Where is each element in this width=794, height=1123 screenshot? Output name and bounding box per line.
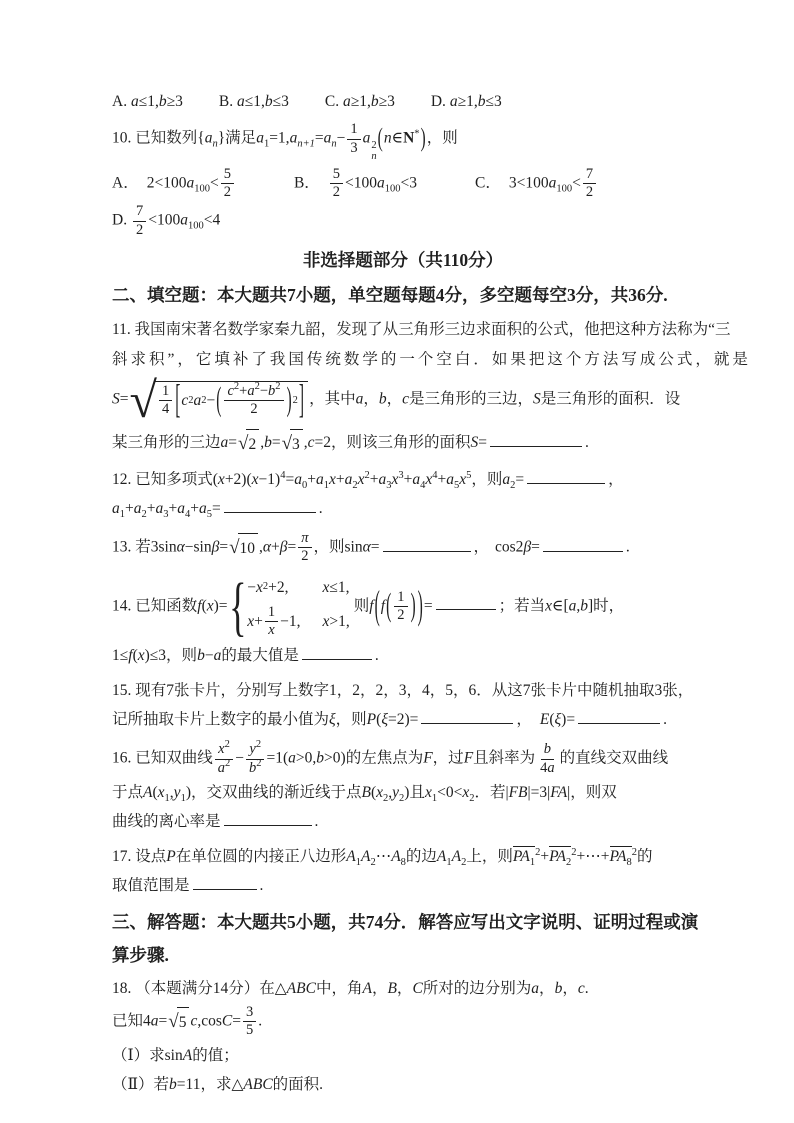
big-bracket: [ xyxy=(175,381,180,421)
text-run: − xyxy=(207,387,216,414)
text-run: （Ⅱ）若 xyxy=(112,1076,169,1093)
text-run: cos2 xyxy=(495,539,523,556)
subscript: n+1 xyxy=(297,139,315,150)
text-run: )≤3，则 xyxy=(145,647,197,664)
math-variable: a xyxy=(363,130,371,147)
text-run: + xyxy=(336,471,345,488)
text-run: −1, xyxy=(280,608,300,635)
math-variable: x xyxy=(545,597,552,614)
text-run: 7 xyxy=(136,203,143,219)
numerator: 7 xyxy=(133,203,146,221)
text-run: = xyxy=(531,539,540,556)
math-variable: c xyxy=(578,980,585,997)
text-run: )，交双曲线的渐近线于点 xyxy=(186,784,362,801)
text-run: + xyxy=(438,471,447,488)
math-variable: PA xyxy=(513,848,530,865)
square-root: √2 xyxy=(238,429,259,458)
text-run: 是三角形的三边， xyxy=(409,390,533,407)
subscript: 100 xyxy=(188,221,204,232)
numerator: 1 xyxy=(265,604,278,622)
math-variable: c xyxy=(308,434,315,451)
text-run: + xyxy=(540,848,549,865)
text-run: = xyxy=(120,390,129,407)
text-run: ， xyxy=(516,711,532,728)
math-variable: x xyxy=(323,608,330,635)
text-run: = xyxy=(228,434,237,451)
subscript: 100 xyxy=(385,183,401,194)
radicand: 2 xyxy=(246,429,259,458)
math-variable: y xyxy=(174,784,181,801)
math-variable: y xyxy=(392,784,399,801)
math-bold: N xyxy=(403,130,414,147)
exam-paper-page: A. a≤1,b≥3B. a≤1,b≤3C. a≥1,b≥3D. a≥1,b≤3… xyxy=(0,0,794,1123)
superscript: * xyxy=(414,129,419,140)
math-variable: b xyxy=(169,1076,177,1093)
text-run: C． xyxy=(475,174,501,191)
q16-line1: 16. 已知双曲线x2a2−y2b2=1(a>0,b>0)的左焦点为F，过F且斜… xyxy=(112,741,694,777)
math-variable: b xyxy=(265,93,273,110)
text-run: |=3| xyxy=(528,784,551,801)
superscript: 2 xyxy=(256,758,261,769)
math-variable: b xyxy=(316,750,324,767)
text-run: ⋯ xyxy=(376,848,392,865)
text-run: 的 xyxy=(637,848,653,865)
superscript: 2 xyxy=(371,140,376,151)
math-variable: A xyxy=(452,848,461,865)
text-run: + xyxy=(169,500,178,517)
fraction: b4a xyxy=(537,741,558,777)
text-run: 上，则 xyxy=(466,848,513,865)
text-run: 5 xyxy=(333,166,340,182)
text-run: 2 xyxy=(301,548,308,564)
answer-blank xyxy=(527,469,605,484)
numerator: b xyxy=(541,741,554,759)
text-run: 5 xyxy=(179,1009,187,1036)
text-run: 3 xyxy=(350,140,357,156)
numerator: π xyxy=(298,530,311,548)
answer-blank xyxy=(421,709,513,724)
math-variable: x xyxy=(425,784,432,801)
math-variable: A xyxy=(183,1047,192,1064)
math-variable: a xyxy=(288,750,296,767)
fraction: x2a2 xyxy=(215,741,234,777)
text-run: 3<100 xyxy=(509,174,549,191)
math-variable: a xyxy=(502,471,510,488)
fraction: 12 xyxy=(394,589,407,625)
text-run: − xyxy=(337,130,346,147)
text-run: 15. 现有7张卡片，分别写上数字1，2，2，3，4，5，6．从这7张卡片中随机… xyxy=(112,682,693,699)
denominator: a2 xyxy=(215,760,234,777)
text-run: ]时， xyxy=(588,597,624,614)
text-run: ， xyxy=(539,980,555,997)
math-variable: x xyxy=(138,647,145,664)
denominator: 4 xyxy=(159,401,172,418)
text-run: 满足 xyxy=(225,130,256,147)
numerator: 5 xyxy=(221,166,234,184)
text-run: 3 xyxy=(292,431,300,458)
answer-blank xyxy=(193,875,257,890)
text-run: ≥1, xyxy=(458,93,478,110)
text-run: = xyxy=(315,130,324,147)
math-variable: a xyxy=(237,93,245,110)
text-run: =2，则该三角形的面积 xyxy=(315,434,471,451)
fraction: π2 xyxy=(298,530,311,566)
math-variable: b xyxy=(264,434,272,451)
text-run: 于点 xyxy=(112,784,143,801)
math-variable: x xyxy=(247,608,254,635)
q12-line1: 12. 已知多项式(x+2)(x−1)4=a0+a1x+a2x2+a3x3+a4… xyxy=(112,466,694,493)
text-run: ，过 xyxy=(433,750,464,767)
case-cell: x≤1, xyxy=(323,574,350,601)
superscript: 2 xyxy=(275,381,280,392)
fraction: 52 xyxy=(221,166,234,202)
math-variable: a xyxy=(180,212,188,229)
cases-grid: −x2+2,x≤1,x+1x−1,x>1, xyxy=(247,574,350,640)
math-variable: ξ xyxy=(329,711,336,728)
denominator: 4a xyxy=(537,760,558,777)
section-heading-fill-blank: 二、填空题：本大题共7小题，单空题每题4分，多空题每空3分，共36分. xyxy=(112,280,694,311)
math-variable: a xyxy=(134,500,142,517)
text-run: 斜求积”，它填补了我国传统数学的一个空白．如果把这个方法写成公式，就是 xyxy=(112,351,751,368)
text-run: . xyxy=(315,813,319,830)
math-variable: b xyxy=(580,597,588,614)
section-heading-non-choice: 非选择题部分（共110分） xyxy=(112,245,694,276)
superscript: 2 xyxy=(256,739,261,750)
text-run: 13. 若3sin xyxy=(112,539,177,556)
answer-blank xyxy=(543,537,623,552)
math-variable: FA xyxy=(550,784,567,801)
text-run: 的边 xyxy=(406,848,437,865)
q17-line1: 17. 设点P在单位圆的内接正八边形A1A2⋯A8的边A1A2上，则PA12+P… xyxy=(112,843,694,870)
text-run: C. xyxy=(325,93,343,110)
text-run: +⋯+ xyxy=(577,848,610,865)
math-variable: α xyxy=(177,539,185,556)
text-run: >1, xyxy=(329,608,349,635)
text-run: . xyxy=(626,539,630,556)
text-run: 2 xyxy=(586,184,593,200)
q11-line4: 某三角形的三边a=√2,b=√3,c=2，则该三角形的面积S=. xyxy=(112,429,694,458)
text-run: ；若当 xyxy=(499,597,546,614)
text-run: = xyxy=(371,539,380,556)
q10-option-d: D. 72<100a100<4 xyxy=(112,203,694,239)
math-variable: b xyxy=(371,93,379,110)
math-variable: a xyxy=(177,500,185,517)
text-run: . xyxy=(258,1012,262,1029)
math-variable: x xyxy=(218,471,225,488)
case-cell: x>1, xyxy=(323,604,350,640)
text-run: = xyxy=(159,1012,168,1029)
fraction: 1x xyxy=(265,604,278,640)
text-run: =1( xyxy=(267,750,289,767)
math-variable: x xyxy=(256,574,263,601)
subscript: n xyxy=(371,151,376,162)
math-variable: a xyxy=(199,500,207,517)
text-run: = xyxy=(232,1012,241,1029)
math-variable: ABC xyxy=(287,980,316,997)
text-run: 1 xyxy=(268,604,275,620)
big-bracket: ( xyxy=(386,591,391,624)
text-run: 所对的边分别为 xyxy=(423,980,532,997)
text-run: 10 xyxy=(240,535,256,562)
math-variable: b xyxy=(544,741,551,757)
text-run: ∈[ xyxy=(552,597,569,614)
text-run: = xyxy=(272,434,281,451)
text-run: + xyxy=(125,500,134,517)
text-run: ≤1, xyxy=(139,93,159,110)
text-run: <4 xyxy=(204,212,221,229)
piecewise-cases: {−x2+2,x≤1,x+1x−1,x>1, xyxy=(232,574,350,640)
case-cell: x+1x−1, xyxy=(247,604,300,640)
denominator: 2 xyxy=(133,222,146,239)
math-variable: a xyxy=(377,174,385,191)
math-variable: C xyxy=(412,980,422,997)
text-run: 1 xyxy=(350,121,357,137)
text-run: )= xyxy=(561,711,575,728)
big-bracket: ] xyxy=(299,381,304,421)
text-run: . xyxy=(585,434,589,451)
answer-blank xyxy=(383,537,471,552)
text-run: = xyxy=(212,500,221,517)
text-run: =11，求△ xyxy=(177,1076,244,1093)
math-variable: a xyxy=(247,383,254,399)
text-run: （Ⅰ）求sin xyxy=(112,1047,183,1064)
fraction: y2b2 xyxy=(246,741,265,777)
math-variable: P xyxy=(367,711,376,728)
text-run: )且 xyxy=(404,784,425,801)
q10-stem: 10. 已知数列{an}满足a1=1,an+1=an−13a2n(n∈N*)，则 xyxy=(112,121,694,161)
text-run: <100 xyxy=(148,212,180,229)
vector-overline: PA1 xyxy=(513,846,535,865)
text-run: 7 xyxy=(586,166,593,182)
q11-line1: 11. 我国南宋著名数学家秦九韶，发现了从三角形三边求面积的公式，他把这种方法称… xyxy=(112,316,694,343)
text-run: 5 xyxy=(246,1022,253,1038)
math-variable: ξ xyxy=(381,711,388,728)
text-run: 1≤ xyxy=(112,647,128,664)
text-run: 已知4 xyxy=(112,1012,151,1029)
math-variable: n xyxy=(384,130,392,147)
math-variable: a xyxy=(316,471,324,488)
numerator: 1 xyxy=(394,589,407,607)
math-variable: a xyxy=(256,130,264,147)
text-run: B． xyxy=(294,174,320,191)
text-run: . xyxy=(585,980,589,997)
math-variable: P xyxy=(166,848,175,865)
math-variable: A xyxy=(346,848,355,865)
q15-line1: 15. 现有7张卡片，分别写上数字1，2，2，3，4，5，6．从这7张卡片中随机… xyxy=(112,677,694,704)
math-variable: E xyxy=(540,711,549,728)
fraction: 35 xyxy=(243,1004,256,1040)
text-run: ， xyxy=(608,471,624,488)
math-variable: c xyxy=(181,387,188,414)
math-variable: x xyxy=(252,471,259,488)
text-run: + xyxy=(307,471,316,488)
text-run: 5 xyxy=(224,166,231,182)
denominator: 2 xyxy=(394,607,407,624)
text-run: ≤1, xyxy=(329,574,349,601)
math-variable: ABC xyxy=(243,1076,272,1093)
text-run: A． xyxy=(112,174,139,191)
fraction: 52 xyxy=(330,166,343,202)
text-run: +2)( xyxy=(225,471,252,488)
text-run: 二、填空题：本大题共7小题，单空题每题4分，多空题每空3分，共36分. xyxy=(112,285,668,305)
math-variable: x xyxy=(376,784,383,801)
numerator: c2+a2−b2 xyxy=(224,383,283,401)
math-variable: α xyxy=(263,539,271,556)
exam-content: A. a≤1,b≥3B. a≤1,b≤3C. a≥1,b≥3D. a≥1,b≤3… xyxy=(0,0,794,1098)
text-run: + xyxy=(271,539,280,556)
text-run: >0)的左焦点为 xyxy=(324,750,423,767)
math-variable: c xyxy=(402,390,409,407)
text-run: 记所抽取卡片上数字的最小值为 xyxy=(112,711,329,728)
text-run: 14. 已知函数 xyxy=(112,597,197,614)
q12-line2: a1+a2+a3+a4+a5=. xyxy=(112,495,694,522)
superscript: 2 xyxy=(225,758,230,769)
math-variable: b xyxy=(379,390,387,407)
answer-blank xyxy=(224,498,316,513)
text-run: =2)= xyxy=(388,711,418,728)
math-variable: a xyxy=(412,471,420,488)
text-run: ≥1, xyxy=(351,93,371,110)
text-run: 17. 设点 xyxy=(112,848,166,865)
text-run: . xyxy=(375,647,379,664)
text-run: ≥3 xyxy=(379,93,395,110)
radical-sign: √ xyxy=(130,375,157,425)
subscript: 2 xyxy=(566,857,571,868)
text-run: ≤1, xyxy=(245,93,265,110)
fraction: 13 xyxy=(347,121,360,157)
text-run: 中，角 xyxy=(316,980,363,997)
denominator: 2 xyxy=(247,401,260,418)
math-variable: f xyxy=(369,597,373,614)
text-run: . xyxy=(260,877,264,894)
math-variable: a xyxy=(446,471,454,488)
radicand: 3 xyxy=(290,429,303,458)
q14-line2: 1≤f(x)≤3，则b−a的最大值是. xyxy=(112,642,694,669)
answer-blank xyxy=(224,811,312,826)
math-variable: a xyxy=(294,471,302,488)
q17-line2: 取值范围是. xyxy=(112,872,694,899)
math-variable: F xyxy=(464,750,473,767)
text-run: −sin xyxy=(185,539,212,556)
text-run: ，则 xyxy=(336,711,367,728)
text-run: <100 xyxy=(345,174,377,191)
numerator: 7 xyxy=(583,166,596,184)
big-bracket: ) xyxy=(287,384,292,418)
text-run: ， xyxy=(397,980,413,997)
numerator: 1 xyxy=(159,383,172,401)
math-variable: f xyxy=(381,597,385,614)
text-run: 4 xyxy=(162,401,169,417)
text-run: 的直线交双曲线 xyxy=(560,750,669,767)
big-bracket: ) xyxy=(418,587,423,627)
denominator: b2 xyxy=(246,760,265,777)
text-run: 18. （本题满分14分）在△ xyxy=(112,980,287,997)
text-run: − xyxy=(260,383,268,399)
text-run: 在单位圆的内接正八边形 xyxy=(176,848,347,865)
text-run: 是三角形的面积．设 xyxy=(541,390,681,407)
answer-blank xyxy=(302,645,372,660)
math-variable: a xyxy=(131,93,139,110)
q18-given: 已知4a=√5c,cosC=35. xyxy=(112,1004,694,1040)
text-run: ≤3 xyxy=(273,93,289,110)
text-run: + xyxy=(147,500,156,517)
big-bracket: ( xyxy=(216,384,221,418)
text-run: = xyxy=(288,539,297,556)
math-variable: a xyxy=(343,93,351,110)
q18-part2: （Ⅱ）若b=11，求△ABC的面积. xyxy=(112,1071,694,1098)
math-variable: a xyxy=(547,760,554,776)
radicand: 5 xyxy=(177,1007,190,1036)
answer-blank xyxy=(578,709,660,724)
math-variable: C xyxy=(222,1012,232,1029)
sub-sup-stack: 2n xyxy=(371,140,376,162)
text-run: = xyxy=(285,471,294,488)
text-run: D. xyxy=(112,212,131,229)
text-run: 10. 已知数列 xyxy=(112,130,197,147)
q18-stem: 18. （本题满分14分）在△ABC中，角A，B，C所对的边分别为a，b，c. xyxy=(112,975,694,1002)
text-run: 则 xyxy=(354,597,370,614)
math-variable: a xyxy=(450,93,458,110)
text-run: ， xyxy=(372,980,388,997)
text-run: 1 xyxy=(397,589,404,605)
text-run: 3 xyxy=(246,1004,253,1020)
q15-line2: 记所抽取卡片上数字的最小值为ξ，则P(ξ=2)=，E(ξ)=. xyxy=(112,706,694,733)
text-run: 且斜率为 xyxy=(473,750,535,767)
math-variable: β xyxy=(523,539,531,556)
math-variable: B xyxy=(387,980,396,997)
text-run: 的值； xyxy=(192,1047,239,1064)
math-variable: b xyxy=(159,93,167,110)
math-variable: π xyxy=(301,530,308,546)
text-run: ，则 xyxy=(471,471,502,488)
vector-overline: PA2 xyxy=(549,846,571,865)
fraction: 72 xyxy=(133,203,146,239)
denominator: 3 xyxy=(347,140,360,157)
math-variable: A xyxy=(362,980,371,997)
math-variable: a xyxy=(194,387,202,414)
text-run: ．若| xyxy=(474,784,508,801)
fraction: c2+a2−b22 xyxy=(224,383,283,419)
cases-brace: { xyxy=(229,579,246,635)
math-variable: PA xyxy=(549,848,566,865)
q9-options: A. a≤1,b≥3B. a≤1,b≤3C. a≥1,b≥3D. a≥1,b≤3 xyxy=(112,88,694,115)
text-run: 12. 已知多项式( xyxy=(112,471,218,488)
math-variable: S xyxy=(533,390,541,407)
answer-blank xyxy=(490,432,582,447)
q10-options-abc: A．2<100a100<52B．52<100a100<3C．3<100a100<… xyxy=(112,166,694,202)
text-run: 三、解答题：本大题共5小题，共74分．解答应写出文字说明、证明过程或演 xyxy=(112,912,698,932)
superscript: 2 xyxy=(225,739,230,750)
math-variable: x xyxy=(323,574,330,601)
text-run: 2 xyxy=(136,222,143,238)
math-variable: x xyxy=(158,784,165,801)
denominator: 2 xyxy=(298,548,311,565)
case-cell: −x2+2, xyxy=(247,574,300,601)
radicand: 14[c2a2−(c2+a2−b22)2] xyxy=(155,381,308,419)
text-run: ， xyxy=(562,980,578,997)
text-run: − xyxy=(205,647,214,664)
square-root: √5 xyxy=(168,1007,189,1036)
denominator: 2 xyxy=(221,184,234,201)
numerator: 5 xyxy=(330,166,343,184)
math-variable: α xyxy=(363,539,371,556)
text-run: 2<100 xyxy=(147,174,187,191)
math-variable: x xyxy=(207,597,214,614)
text-run: 2 xyxy=(397,607,404,623)
text-run: = xyxy=(478,434,487,451)
answer-blank xyxy=(436,595,496,610)
text-run: D. xyxy=(431,93,450,110)
